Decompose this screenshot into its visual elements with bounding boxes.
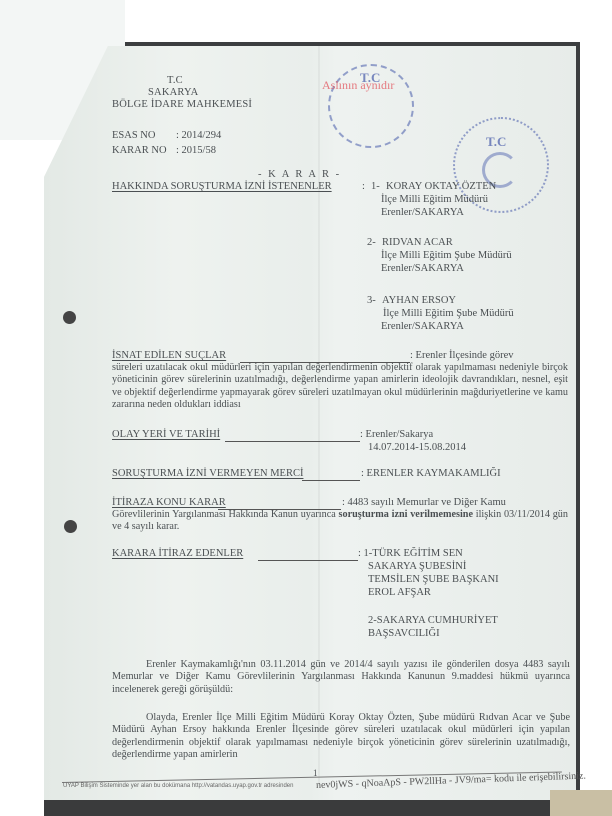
person-no: 2- (367, 237, 376, 249)
body-paragraph-2: Olayda, Erenler İlçe Milli Eğitim Müdürü… (112, 712, 570, 762)
person-title: İlçe Milli Eğitim Müdürü (381, 194, 488, 206)
punch-hole (64, 520, 77, 533)
crimes-first-line: : Erenler İlçesinde görev (410, 350, 514, 362)
crimes-label: İSNAT EDİLEN SUÇLAR (112, 350, 226, 362)
objector-line: 2-SAKARYA CUMHURİYET (368, 615, 498, 627)
authority-label: SORUŞTURMA İZNİ VERMEYEN MERCİ (112, 468, 303, 480)
person-place: Erenler/SAKARYA (381, 263, 464, 275)
place-value: : Erenler/Sakarya (360, 429, 433, 441)
decision-text-a: Görevlilerinin Yargılanması Hakkında Kan… (112, 509, 339, 520)
objector-line: : 1-TÜRK EĞİTİM SEN (358, 548, 463, 560)
header-city: SAKARYA (148, 87, 198, 99)
karar-label: KARAR NO (112, 145, 167, 157)
header-tc: T.C (167, 75, 183, 87)
decision-text: Görevlilerinin Yargılanması Hakkında Kan… (112, 509, 568, 534)
uyap-notice: UYAP Bilişim Sisteminde yer alan bu dokü… (63, 783, 293, 789)
suspects-label: HAKKINDA SORUŞTURMA İZNİ İSTENENLER (112, 181, 332, 193)
decision-label: İTİRAZA KONU KARAR (112, 497, 226, 509)
header-court: BÖLGE İDARE MAHKEMESİ (112, 99, 252, 111)
table-surface (550, 790, 612, 816)
karar-value: : 2015/58 (176, 145, 216, 157)
crop-margin (120, 0, 612, 42)
certified-copy-stamp: Aslının aynıdır (322, 78, 394, 93)
person-place: Erenler/SAKARYA (381, 207, 464, 219)
objector-line: EROL AFŞAR (368, 587, 431, 599)
esas-value: : 2014/294 (176, 130, 221, 142)
label-rule (225, 441, 360, 442)
colon: : (362, 181, 365, 193)
authority-value: : ERENLER KAYMAKAMLIĞI (361, 468, 501, 480)
decision-text-bold: soruşturma izni verilmemesine (339, 509, 473, 520)
person-name: AYHAN ERSOY (382, 295, 456, 307)
person-place: Erenler/SAKARYA (381, 321, 464, 333)
person-title: İlçe Milli Eğitim Şube Müdürü (383, 308, 514, 320)
person-name: RIDVAN ACAR (382, 237, 453, 249)
objector-line: SAKARYA ŞUBESİNİ (368, 561, 466, 573)
decision-first-line: : 4483 sayılı Memurlar ve Diğer Kamu (342, 497, 506, 509)
decision-title: - K A R A R - (258, 169, 341, 181)
punch-hole (63, 311, 76, 324)
place-date-label: OLAY YERİ VE TARİHİ (112, 429, 220, 441)
crop-margin (580, 0, 612, 816)
objector-line: BAŞSAVCILIĞI (368, 628, 440, 640)
person-no: 3- (367, 295, 376, 307)
label-rule (258, 560, 358, 561)
body-paragraph-1: Erenler Kaymakamlığı'nın 03.11.2014 gün … (112, 659, 570, 696)
crimes-text: süreleri uzatılacak okul müdürleri için … (112, 362, 568, 412)
background-surface (44, 800, 580, 816)
person-title: İlçe Milli Eğitim Şube Müdürü (381, 250, 512, 262)
objector-line: TEMSİLEN ŞUBE BAŞKANI (368, 574, 499, 586)
date-value: 14.07.2014-15.08.2014 (368, 442, 466, 454)
esas-label: ESAS NO (112, 130, 155, 142)
person-no: 1- (371, 181, 380, 193)
label-rule (302, 480, 360, 481)
objectors-label: KARARA İTİRAZ EDENLER (112, 548, 243, 560)
seal-tc-2: T.C (486, 134, 506, 150)
person-name: KORAY OKTAY ÖZTEN (386, 181, 496, 193)
